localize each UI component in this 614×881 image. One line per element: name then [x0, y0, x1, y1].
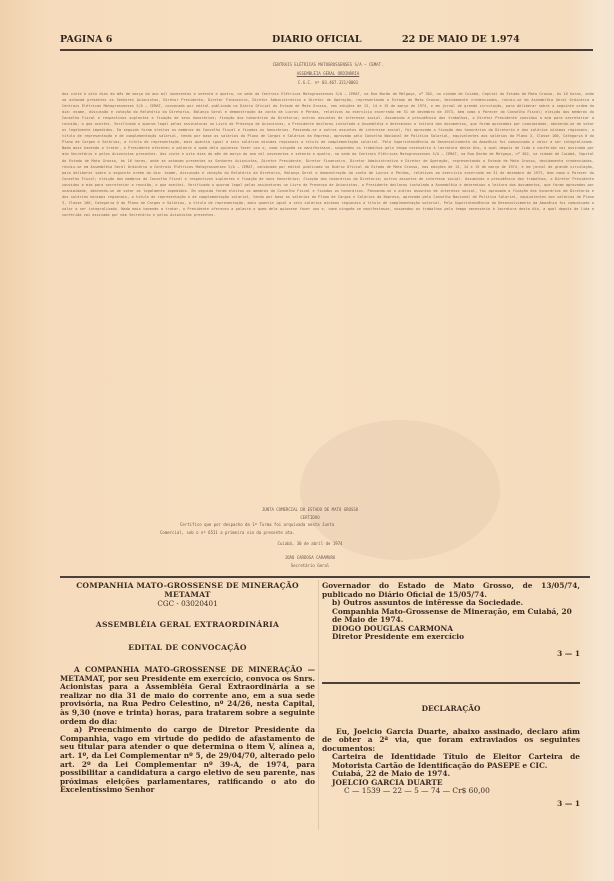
- page-number: PAGINA 6: [60, 34, 112, 45]
- cemat-notice: CENTRAIS ELÉTRICAS MATOGROSSENSES S/A – …: [62, 60, 594, 431]
- cemat-heading: ASSEMBLÉIA GERAL ORDINÁRIA: [62, 69, 594, 78]
- certidao-text-2: Comercial, sob o nº 6511 a primeira via …: [160, 529, 460, 537]
- metamat-closing: Companhia Mato-Grossense de Mineração, e…: [322, 608, 580, 625]
- certidao-signer-role: Secretário Geral: [160, 562, 460, 570]
- declaracao-notice: DECLARAÇÃO Eu, Joelcio Garcia Duarte, ab…: [322, 705, 580, 808]
- metamat-company-line-2: METAMAT: [60, 590, 315, 599]
- metamat-notice-continued: Governador do Estado de Mato Grosso, de …: [322, 582, 580, 658]
- declaracao-documents: Carteira de Identidade Título de Eleitor…: [322, 753, 580, 770]
- newspaper-title: DIARIO OFICIAL: [272, 34, 362, 45]
- metamat-company-line-1: COMPANHIA MATO-GROSSENSE DE MINERAÇÃO: [60, 581, 315, 590]
- cemat-minutes-text: Aos vinte e oito dias do mês de março do…: [62, 92, 594, 156]
- metamat-cgc: CGC - 03020401: [60, 599, 315, 608]
- metamat-notice: COMPANHIA MATO-GROSSENSE DE MINERAÇÃO ME…: [60, 581, 315, 795]
- metamat-item-a: a) Preenchimento do cargo de Diretor Pre…: [60, 726, 315, 795]
- column-divider: [318, 580, 319, 830]
- certidao-title: CERTIDÃO: [160, 514, 460, 522]
- metamat-body: A COMPANHIA MATO-GROSSENSE DE MINERAÇÃO …: [60, 666, 315, 795]
- metamat-heading: ASSEMBLÉIA GERAL EXTRAORDINÁRIA: [60, 620, 315, 629]
- metamat-mark: 3 — 1: [322, 650, 580, 659]
- certidao-org: JUNTA COMERCIAL DO ESTADO DE MATO GROSSO: [160, 506, 460, 514]
- declaracao-intro: Eu, Joelcio Garcia Duarte, abaixo assina…: [322, 728, 580, 754]
- cemat-minutes-body: Aos vinte e oito dias do mês de março do…: [62, 91, 594, 431]
- newspaper-page: PAGINA 6 DIARIO OFICIAL 22 DE MAIO DE 1.…: [0, 0, 614, 881]
- cemat-minutes-text-cont: Aos vinte e oito dias do mês de março do…: [62, 152, 594, 216]
- metamat-subheading: EDITAL DE CONVOCAÇÃO: [60, 643, 315, 652]
- certidao-place-date: Cuiabá, 30 de abril de 1974: [160, 540, 460, 548]
- masthead-rule: [60, 49, 593, 51]
- certidao-text-1: Certifico que por despacho da 1ª Turma f…: [160, 521, 460, 529]
- cemat-company: CENTRAIS ELÉTRICAS MATOGROSSENSES S/A – …: [62, 60, 594, 69]
- declaracao-mark: 3 — 1: [322, 800, 580, 809]
- metamat-signer-role: Diretor Presidente em exercício: [322, 633, 580, 642]
- certidao-block: JUNTA COMERCIAL DO ESTADO DE MATO GROSSO…: [160, 506, 460, 569]
- metamat-intro: A COMPANHIA MATO-GROSSENSE DE MINERAÇÃO …: [60, 666, 315, 726]
- declaracao-heading: DECLARAÇÃO: [322, 705, 580, 714]
- cemat-cgc: C.G.C. nº 03.467.321/0001: [62, 78, 594, 87]
- metamat-continuation: Governador do Estado de Mato Grosso, de …: [322, 582, 580, 599]
- cemat-heading-text: ASSEMBLÉIA GERAL ORDINÁRIA: [297, 71, 360, 76]
- section-rule: [60, 576, 590, 578]
- issue-date: 22 DE MAIO DE 1.974: [402, 34, 520, 45]
- section-rule-right: [322, 682, 580, 684]
- certidao-signer: JOÃO CARDOSA CARAMURU: [160, 554, 460, 562]
- declaracao-ref: C — 1539 — 22 — 5 — 74 — Cr$ 60,00: [322, 787, 580, 796]
